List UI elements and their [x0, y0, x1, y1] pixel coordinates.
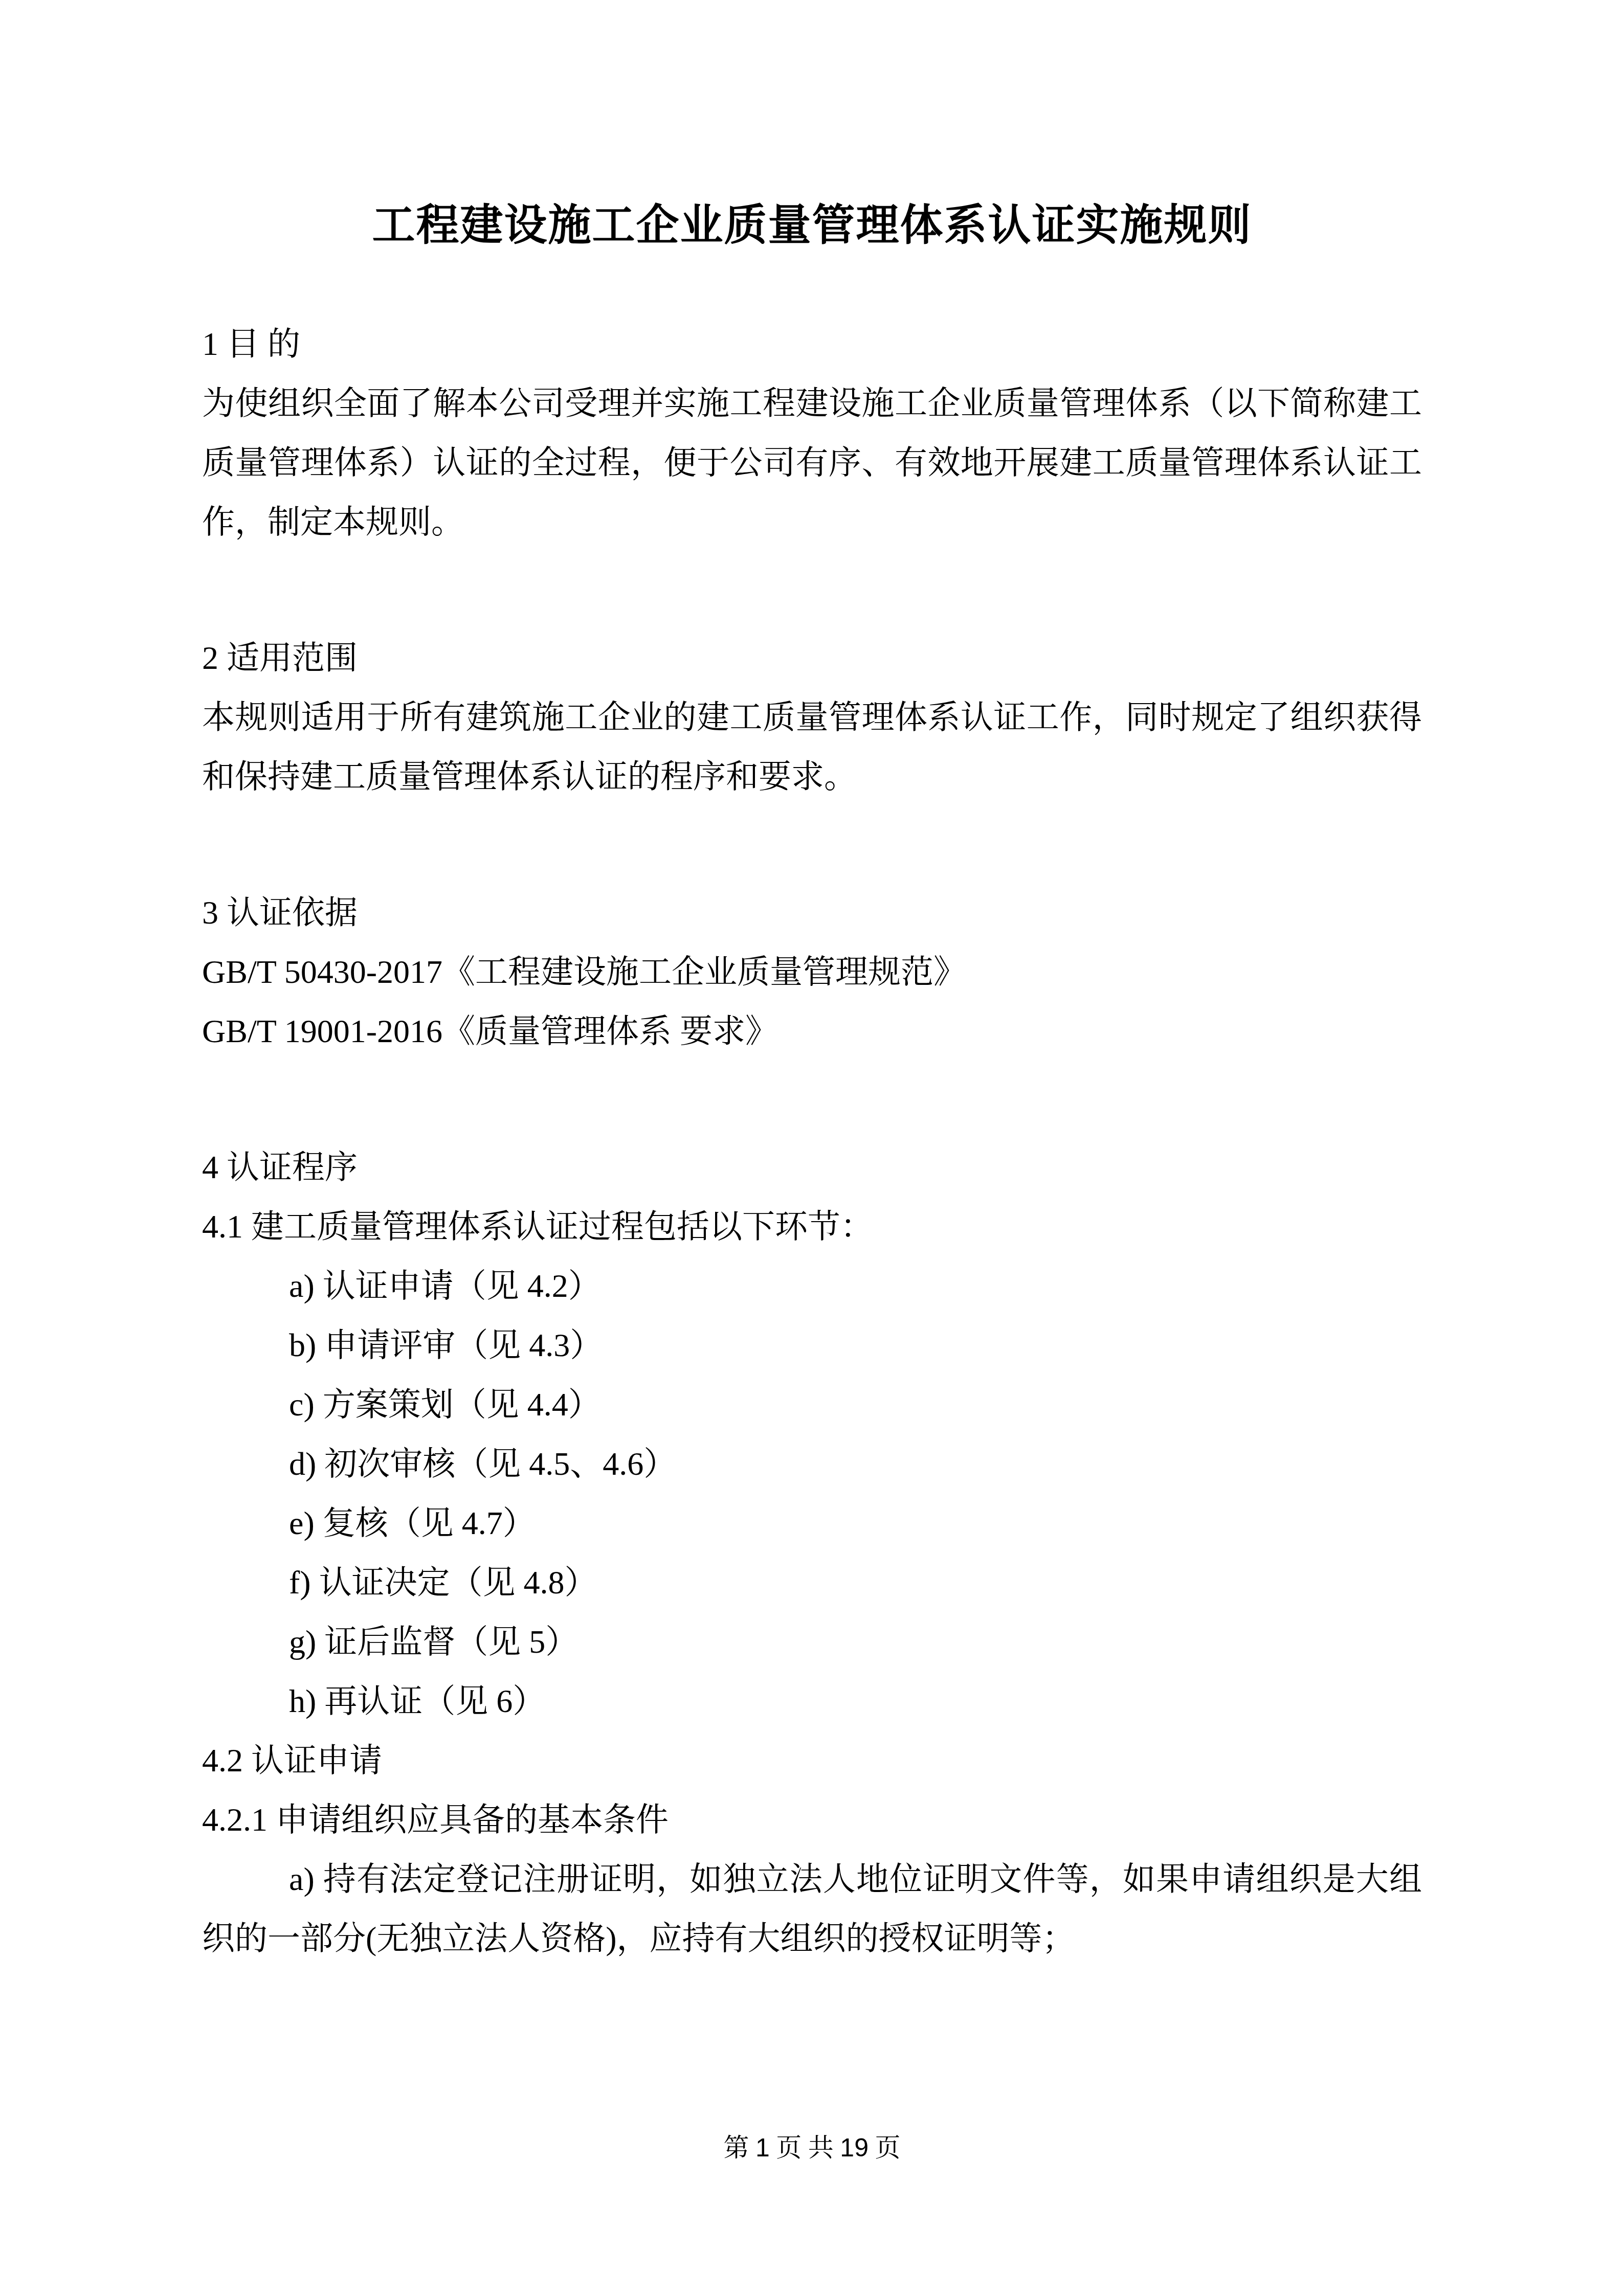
step-certification-decision: f) 认证决定（见 4.8） — [289, 1553, 1422, 1612]
section-purpose: 1 目 的 为使组织全面了解本公司受理并实施工程建设施工企业质量管理体系（以下简… — [202, 314, 1422, 552]
document-title: 工程建设施工企业质量管理体系认证实施规则 — [202, 192, 1422, 258]
document-page: 工程建设施工企业质量管理体系认证实施规则 1 目 的 为使组织全面了解本公司受理… — [0, 0, 1624, 2296]
section-certification-basis: 3 认证依据 GB/T 50430-2017《工程建设施工企业质量管理规范》 G… — [202, 883, 1422, 1061]
certification-steps-list: a) 认证申请（见 4.2） b) 申请评审（见 4.3） c) 方案策划（见 … — [202, 1256, 1422, 1731]
step-initial-audit: d) 初次审核（见 4.5、4.6） — [289, 1434, 1422, 1494]
standard-reference-gbt19001: GB/T 19001-2016《质量管理体系 要求》 — [202, 1002, 1422, 1061]
footer-suffix: 页 — [869, 2133, 901, 2162]
section-4-2-1-heading: 4.2.1 申请组织应具备的基本条件 — [202, 1790, 1422, 1850]
section-1-heading: 1 目 的 — [202, 314, 1422, 374]
standard-reference-gbt50430: GB/T 50430-2017《工程建设施工企业质量管理规范》 — [202, 942, 1422, 1002]
step-certification-application: a) 认证申请（见 4.2） — [289, 1256, 1422, 1316]
section-2-paragraph: 本规则适用于所有建筑施工企业的建工质量管理体系认证工作，同时规定了组织获得和保持… — [202, 688, 1422, 806]
section-3-heading: 3 认证依据 — [202, 883, 1422, 942]
step-application-review: b) 申请评审（见 4.3） — [289, 1316, 1422, 1375]
step-recheck: e) 复核（见 4.7） — [289, 1494, 1422, 1553]
section-4-2-heading: 4.2 认证申请 — [202, 1731, 1422, 1790]
section-scope: 2 适用范围 本规则适用于所有建筑施工企业的建工质量管理体系认证工作，同时规定了… — [202, 628, 1422, 806]
section-4-heading: 4 认证程序 — [202, 1138, 1422, 1197]
section-1-paragraph: 为使组织全面了解本公司受理并实施工程建设施工企业质量管理体系（以下简称建工质量管… — [202, 374, 1422, 552]
basic-condition-item-a: a) 持有法定登记注册证明，如独立法人地位证明文件等，如果申请组织是大组织的一部… — [202, 1850, 1422, 1968]
footer-total-page-number: 19 — [840, 2133, 869, 2162]
footer-prefix: 第 — [724, 2133, 756, 2162]
step-recertification: h) 再认证（见 6） — [289, 1672, 1422, 1731]
page-footer: 第 1 页 共 19 页 — [0, 2122, 1624, 2173]
section-4-1-heading: 4.1 建工质量管理体系认证过程包括以下环节： — [202, 1197, 1422, 1256]
footer-middle: 页 共 — [770, 2133, 840, 2162]
section-certification-procedure: 4 认证程序 4.1 建工质量管理体系认证过程包括以下环节： a) 认证申请（见… — [202, 1138, 1422, 1968]
section-2-heading: 2 适用范围 — [202, 628, 1422, 688]
step-scheme-planning: c) 方案策划（见 4.4） — [289, 1375, 1422, 1434]
footer-current-page-number: 1 — [755, 2133, 770, 2162]
step-post-certification-supervision: g) 证后监督（见 5） — [289, 1612, 1422, 1672]
